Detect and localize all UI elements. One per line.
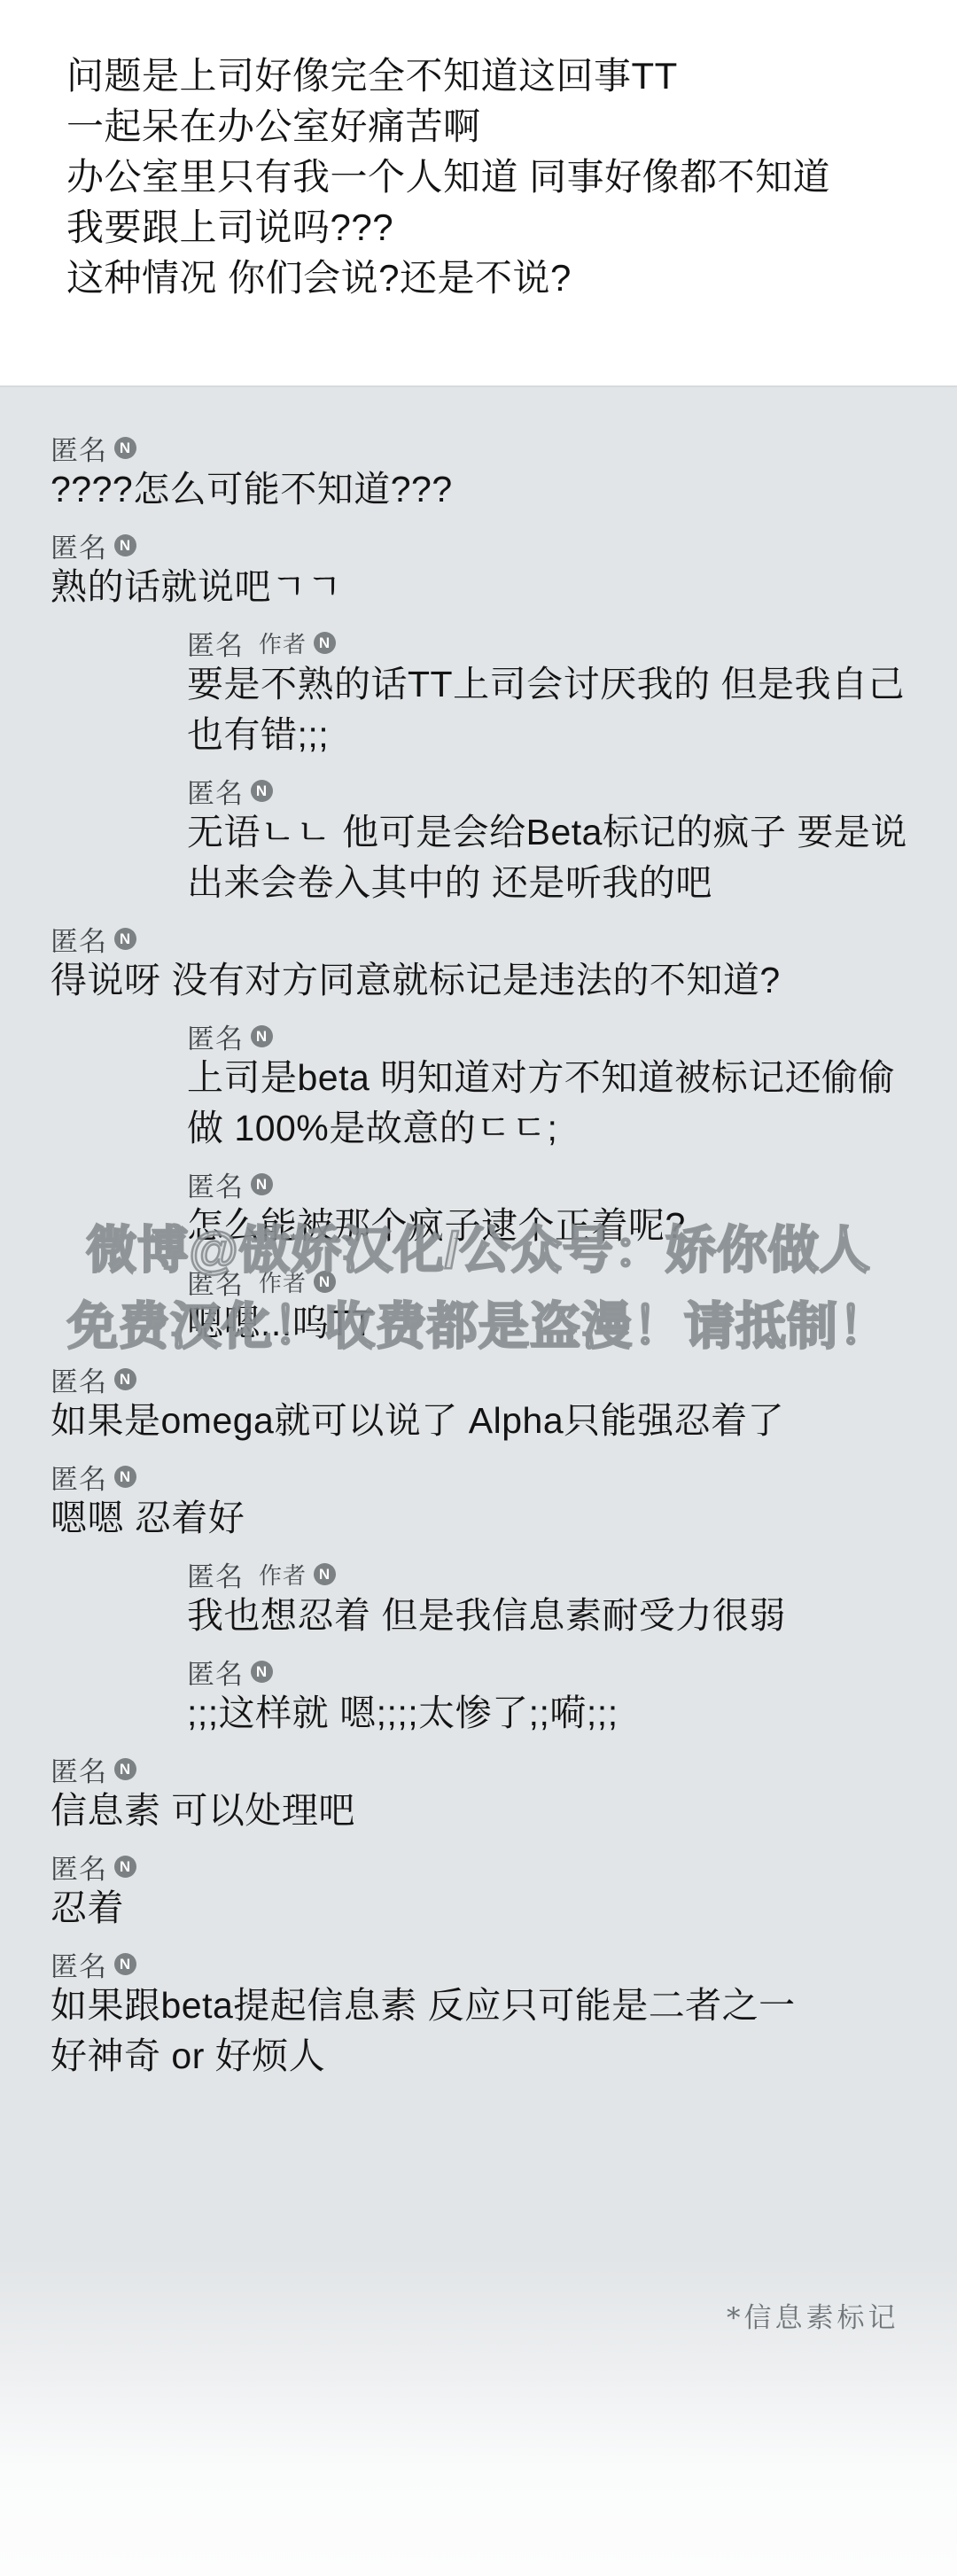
post-line: 这种情况 你们会说?还是不说? (66, 253, 830, 303)
naver-n-badge-icon: N (251, 1025, 273, 1047)
comment-item: 匿名 N 信息素 可以处理吧 (51, 1753, 957, 1836)
anonymous-label: 匿名 (51, 919, 107, 959)
comment-body: 嗯嗯...呜TT (187, 1298, 957, 1349)
comment-body: ;;;这样就 嗯;;;;太惨了;;嗬;;; (187, 1688, 957, 1739)
naver-n-badge-icon: N (251, 1173, 273, 1195)
anonymous-label: 匿名 (51, 1847, 107, 1887)
comment-header: 匿名 N (51, 1850, 957, 1883)
comment-item: 匿名 N 嗯嗯 忍着好 (51, 1460, 957, 1544)
comment-item: 匿名 作者 N 要是不熟的话TT上司会讨厌我的 但是我自己也有错;;; (187, 626, 957, 760)
comment-item: 匿名 N 如果是omega就可以说了 Alpha只能强忍着了 (51, 1363, 957, 1446)
comment-item: 匿名 N ;;;这样就 嗯;;;;太惨了;;嗬;;; (187, 1655, 957, 1739)
post-line: 办公室里只有我一个人知道 同事好像都不知道 (66, 152, 830, 202)
post-body: 问题是上司好像完全不知道这回事TT一起呆在办公室好痛苦啊办公室里只有我一个人知道… (66, 51, 830, 303)
author-label: 作者 (259, 1558, 307, 1591)
naver-n-badge-icon: N (314, 1271, 336, 1293)
comment-text-line: 嗯嗯 忍着好 (51, 1493, 957, 1544)
comment-body: 信息素 可以处理吧 (51, 1786, 957, 1836)
anonymous-label: 匿名 (51, 1944, 107, 1984)
comment-body: 上司是beta 明知道对方不知道被标记还偷偷做 100%是故意的ㄷㄷ; (187, 1053, 957, 1154)
naver-n-badge-icon: N (114, 1856, 136, 1878)
comment-header: 匿名 N (51, 1363, 957, 1396)
comment-item: 匿名 作者 N 嗯嗯...呜TT (187, 1265, 957, 1349)
anonymous-label: 匿名 (187, 1262, 244, 1302)
comment-item: 匿名 N 怎么能被那个疯子逮个正着呢? (187, 1168, 957, 1251)
naver-n-badge-icon: N (114, 437, 136, 459)
anonymous-label: 匿名 (51, 428, 107, 468)
naver-n-badge-icon: N (314, 1563, 336, 1585)
comment-body: 忍着 (51, 1883, 957, 1934)
naver-n-badge-icon: N (314, 632, 336, 654)
comment-header: 匿名 N (187, 1020, 957, 1053)
comment-body: 如果跟beta提起信息素 反应只可能是二者之一好神奇 or 好烦人 (51, 1981, 957, 2082)
comment-body: 嗯嗯 忍着好 (51, 1493, 957, 1544)
comment-text-line: 如果是omega就可以说了 Alpha只能强忍着了 (51, 1396, 957, 1446)
anonymous-label: 匿名 (187, 1164, 244, 1204)
comment-item: 匿名 N 熟的话就说吧ㄱㄱ (51, 529, 957, 612)
anonymous-label: 匿名 (187, 1652, 244, 1692)
anonymous-label: 匿名 (51, 525, 107, 565)
comment-text-line: 也有错;;; (187, 710, 957, 760)
comment-body: 无语ㄴㄴ 他可是会给Beta标记的疯子 要是说出来会卷入其中的 还是听我的吧 (187, 807, 957, 908)
comment-header: 匿名 N (187, 774, 957, 807)
naver-n-badge-icon: N (114, 1953, 136, 1975)
comment-body: 得说呀 没有对方同意就标记是违法的不知道? (51, 955, 957, 1006)
anonymous-label: 匿名 (187, 623, 244, 663)
manhwa-comment-page: 问题是上司好像完全不知道这回事TT一起呆在办公室好痛苦啊办公室里只有我一个人知道… (0, 0, 957, 2576)
anonymous-label: 匿名 (187, 1554, 244, 1594)
comment-header: 匿名 N (51, 1753, 957, 1786)
comment-section: 匿名 N ????怎么可能不知道??? 匿名 N 熟的话就说吧ㄱㄱ 匿名 作者 … (0, 385, 957, 2576)
naver-n-badge-icon: N (251, 780, 273, 802)
comment-header: 匿名 N (51, 1460, 957, 1493)
comment-header: 匿名 N (187, 1655, 957, 1688)
naver-n-badge-icon: N (114, 928, 136, 950)
naver-n-badge-icon: N (114, 1466, 136, 1488)
comment-text-line: 做 100%是故意的ㄷㄷ; (187, 1103, 957, 1154)
comment-list: 匿名 N ????怎么可能不知道??? 匿名 N 熟的话就说吧ㄱㄱ 匿名 作者 … (0, 432, 957, 2082)
naver-n-badge-icon: N (114, 1758, 136, 1780)
comment-body: 如果是omega就可以说了 Alpha只能强忍着了 (51, 1396, 957, 1446)
post-line: 一起呆在办公室好痛苦啊 (66, 101, 830, 152)
anonymous-label: 匿名 (51, 1749, 107, 1789)
comment-text-line: 怎么能被那个疯子逮个正着呢? (187, 1201, 957, 1251)
comment-item: 匿名 N 上司是beta 明知道对方不知道被标记还偷偷做 100%是故意的ㄷㄷ; (187, 1020, 957, 1154)
comment-header: 匿名 作者 N (187, 1558, 957, 1591)
comment-header: 匿名 作者 N (187, 626, 957, 659)
comment-body: 熟的话就说吧ㄱㄱ (51, 562, 957, 612)
comment-text-line: 嗯嗯...呜TT (187, 1298, 957, 1349)
naver-n-badge-icon: N (114, 534, 136, 556)
comment-text-line: 要是不熟的话TT上司会讨厌我的 但是我自己 (187, 659, 957, 710)
naver-n-badge-icon: N (251, 1661, 273, 1683)
comment-header: 匿名 N (187, 1168, 957, 1201)
post-line: 问题是上司好像完全不知道这回事TT (66, 51, 830, 101)
author-label: 作者 (259, 626, 307, 659)
comment-text-line: 上司是beta 明知道对方不知道被标记还偷偷 (187, 1053, 957, 1103)
comment-text-line: 无语ㄴㄴ 他可是会给Beta标记的疯子 要是说 (187, 807, 957, 858)
comment-text-line: 如果跟beta提起信息素 反应只可能是二者之一 (51, 1981, 957, 2031)
comment-body: 我也想忍着 但是我信息素耐受力很弱 (187, 1591, 957, 1641)
comment-item: 匿名 N 得说呀 没有对方同意就标记是违法的不知道? (51, 922, 957, 1006)
comment-text-line: ????怎么可能不知道??? (51, 464, 957, 515)
comment-text-line: 我也想忍着 但是我信息素耐受力很弱 (187, 1591, 957, 1641)
comment-text-line: 出来会卷入其中的 还是听我的吧 (187, 858, 957, 908)
comment-text-line: 信息素 可以处理吧 (51, 1786, 957, 1836)
comment-text-line: ;;;这样就 嗯;;;;太惨了;;嗬;;; (187, 1688, 957, 1739)
comment-body: 要是不熟的话TT上司会讨厌我的 但是我自己也有错;;; (187, 659, 957, 760)
comment-item: 匿名 N ????怎么可能不知道??? (51, 432, 957, 515)
naver-n-badge-icon: N (114, 1368, 136, 1390)
comment-text-line: 得说呀 没有对方同意就标记是违法的不知道? (51, 955, 957, 1006)
comment-body: ????怎么可能不知道??? (51, 464, 957, 515)
anonymous-label: 匿名 (187, 1016, 244, 1056)
anonymous-label: 匿名 (51, 1457, 107, 1497)
comment-header: 匿名 N (51, 1948, 957, 1981)
anonymous-label: 匿名 (51, 1359, 107, 1399)
post-line: 我要跟上司说吗??? (66, 202, 830, 253)
comment-item: 匿名 作者 N 我也想忍着 但是我信息素耐受力很弱 (187, 1558, 957, 1641)
comment-header: 匿名 N (51, 529, 957, 562)
comment-header: 匿名 N (51, 432, 957, 464)
comment-header: 匿名 作者 N (187, 1265, 957, 1298)
comment-header: 匿名 N (51, 922, 957, 955)
author-label: 作者 (259, 1265, 307, 1298)
anonymous-label: 匿名 (187, 771, 244, 811)
comment-item: 匿名 N 无语ㄴㄴ 他可是会给Beta标记的疯子 要是说出来会卷入其中的 还是听… (187, 774, 957, 908)
pheromone-footnote: *信息素标记 (727, 2295, 899, 2335)
comment-text-line: 忍着 (51, 1883, 957, 1934)
comment-item: 匿名 N 忍着 (51, 1850, 957, 1934)
comment-text-line: 熟的话就说吧ㄱㄱ (51, 562, 957, 612)
comment-item: 匿名 N 如果跟beta提起信息素 反应只可能是二者之一好神奇 or 好烦人 (51, 1948, 957, 2082)
comment-text-line: 好神奇 or 好烦人 (51, 2031, 957, 2082)
comment-body: 怎么能被那个疯子逮个正着呢? (187, 1201, 957, 1251)
